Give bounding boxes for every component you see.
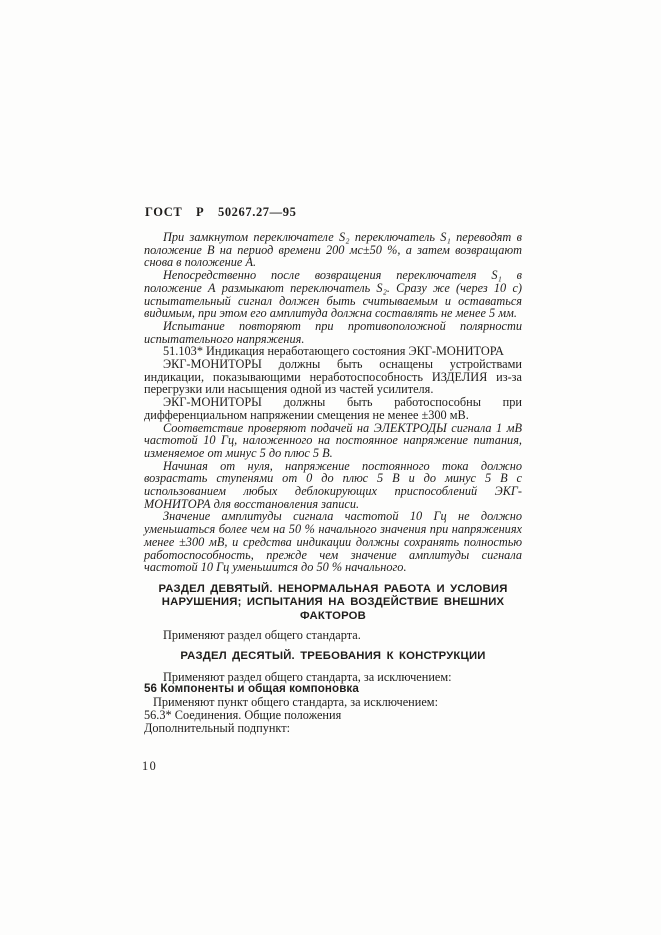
text-block: При замкнутом переключателе S₂ переключа… [144, 231, 522, 734]
paragraph: ЭКГ-МОНИТОРЫ должны быть оснащены устрой… [144, 358, 522, 396]
paragraph: Непосредственно после возвращения перекл… [144, 269, 522, 320]
section-ten-heading: РАЗДЕЛ ДЕСЯТЫЙ. ТРЕБОВАНИЯ К КОНСТРУКЦИИ [144, 650, 522, 664]
paragraph: Испытание повторяют при противоположной … [144, 320, 522, 345]
section-nine-heading: РАЗДЕЛ ДЕВЯТЫЙ. НЕНОРМАЛЬНАЯ РАБОТА И УС… [144, 583, 522, 624]
paragraph: Начиная от нуля, напряжение постоянного … [144, 460, 522, 511]
paragraph: Дополнительный подпункт: [144, 722, 522, 735]
paragraph: При замкнутом переключателе S₂ переключа… [144, 231, 522, 269]
paragraph: Соответствие проверяют подачей на ЭЛЕКТР… [144, 422, 522, 460]
document-page: ГОСТ Р 50267.27—95 При замкнутом переклю… [0, 0, 661, 935]
paragraph: ЭКГ-МОНИТОРЫ должны быть работоспособны … [144, 396, 522, 421]
paragraph: 56.3* Соединения. Общие положения [144, 709, 522, 722]
paragraph: Применяют раздел общего стандарта. [144, 629, 522, 642]
doc-header: ГОСТ Р 50267.27—95 [145, 205, 296, 220]
page-number: 10 [142, 759, 157, 774]
paragraph: Применяют пункт общего стандарта, за иск… [144, 696, 522, 709]
paragraph: Значение амплитуды сигнала частотой 10 Г… [144, 510, 522, 574]
